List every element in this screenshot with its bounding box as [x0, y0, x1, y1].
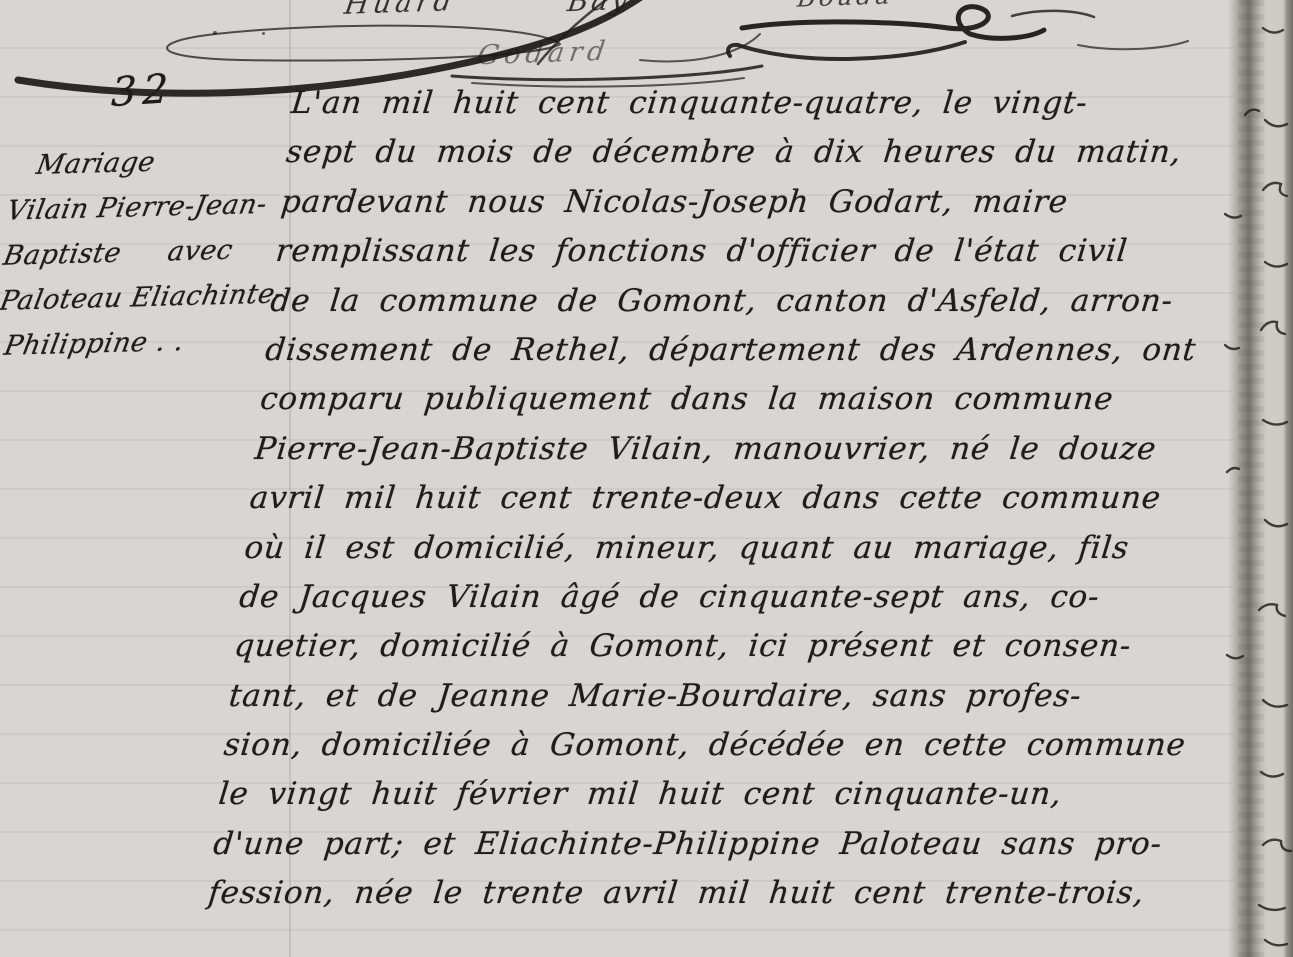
act-text-line: dissement de Rethel, département des Ard… [263, 326, 1218, 375]
act-text-line: sion, domiciliée à Gomont, décédée en ce… [221, 721, 1176, 770]
act-text-line: de Jacques Vilain âgé de cinquante-sept … [237, 573, 1192, 622]
ink-speck [213, 31, 217, 35]
facing-page-ink-marks [1205, 0, 1293, 957]
act-text-line: Pierre-Jean-Baptiste Vilain, manouvrier,… [252, 425, 1207, 474]
act-text-line: quetier, domicilié à Gomont, ici présent… [232, 622, 1187, 671]
margin-line: Paloteau Eliachinte- [0, 271, 284, 324]
margin-annotation: Mariage Vilain Pierre-Jean- Baptiste ave… [0, 136, 295, 369]
act-text-line: fession, née le trente avril mil huit ce… [206, 869, 1161, 918]
margin-line: Mariage [7, 136, 295, 189]
act-body-text: L'an mil huit cent cinquante-quatre, le … [206, 79, 1244, 919]
flourish-far-right-1 [1012, 11, 1094, 17]
act-text-line: comparu publiquement dans la maison comm… [258, 375, 1213, 424]
margin-line: Vilain Pierre-Jean- [3, 181, 291, 234]
act-text-line: avril mil huit cent trente-deux dans cet… [247, 474, 1202, 523]
act-number: 32 [110, 66, 174, 117]
act-text-line: tant, et de Jeanne Marie-Bourdaire, sans… [227, 672, 1182, 721]
flourish-under-curve [728, 42, 965, 59]
act-text-line: remplissant les fonctions d'officier de … [273, 227, 1228, 276]
flourish-left-oval [167, 26, 560, 61]
flourish-bold-center-right [742, 7, 1044, 39]
flourish-godard-underline-1 [452, 66, 762, 80]
act-text-line: sept du mois de décembre à dix heures du… [284, 128, 1239, 177]
ink-speck [262, 32, 265, 35]
act-text-line: de la commune de Gomont, canton d'Asfeld… [268, 277, 1223, 326]
act-text-line: où il est domicilié, mineur, quant au ma… [242, 524, 1197, 573]
flourish-far-right-2 [1078, 41, 1188, 49]
act-text-line: L'an mil huit cent cinquante-quatre, le … [289, 79, 1244, 128]
margin-line: Philippine . . [0, 316, 281, 369]
act-text-line: d'une part; et Eliachinte-Philippine Pal… [211, 820, 1166, 869]
margin-line: Baptiste avec [0, 226, 288, 279]
act-text-line: pardevant nous Nicolas-Joseph Godart, ma… [278, 178, 1233, 227]
scanned-register-page: Huard Bay Godard Bouda 32 Mariage Vilain… [0, 0, 1293, 957]
act-text-line: le vingt huit février mil huit cent cinq… [216, 770, 1171, 819]
